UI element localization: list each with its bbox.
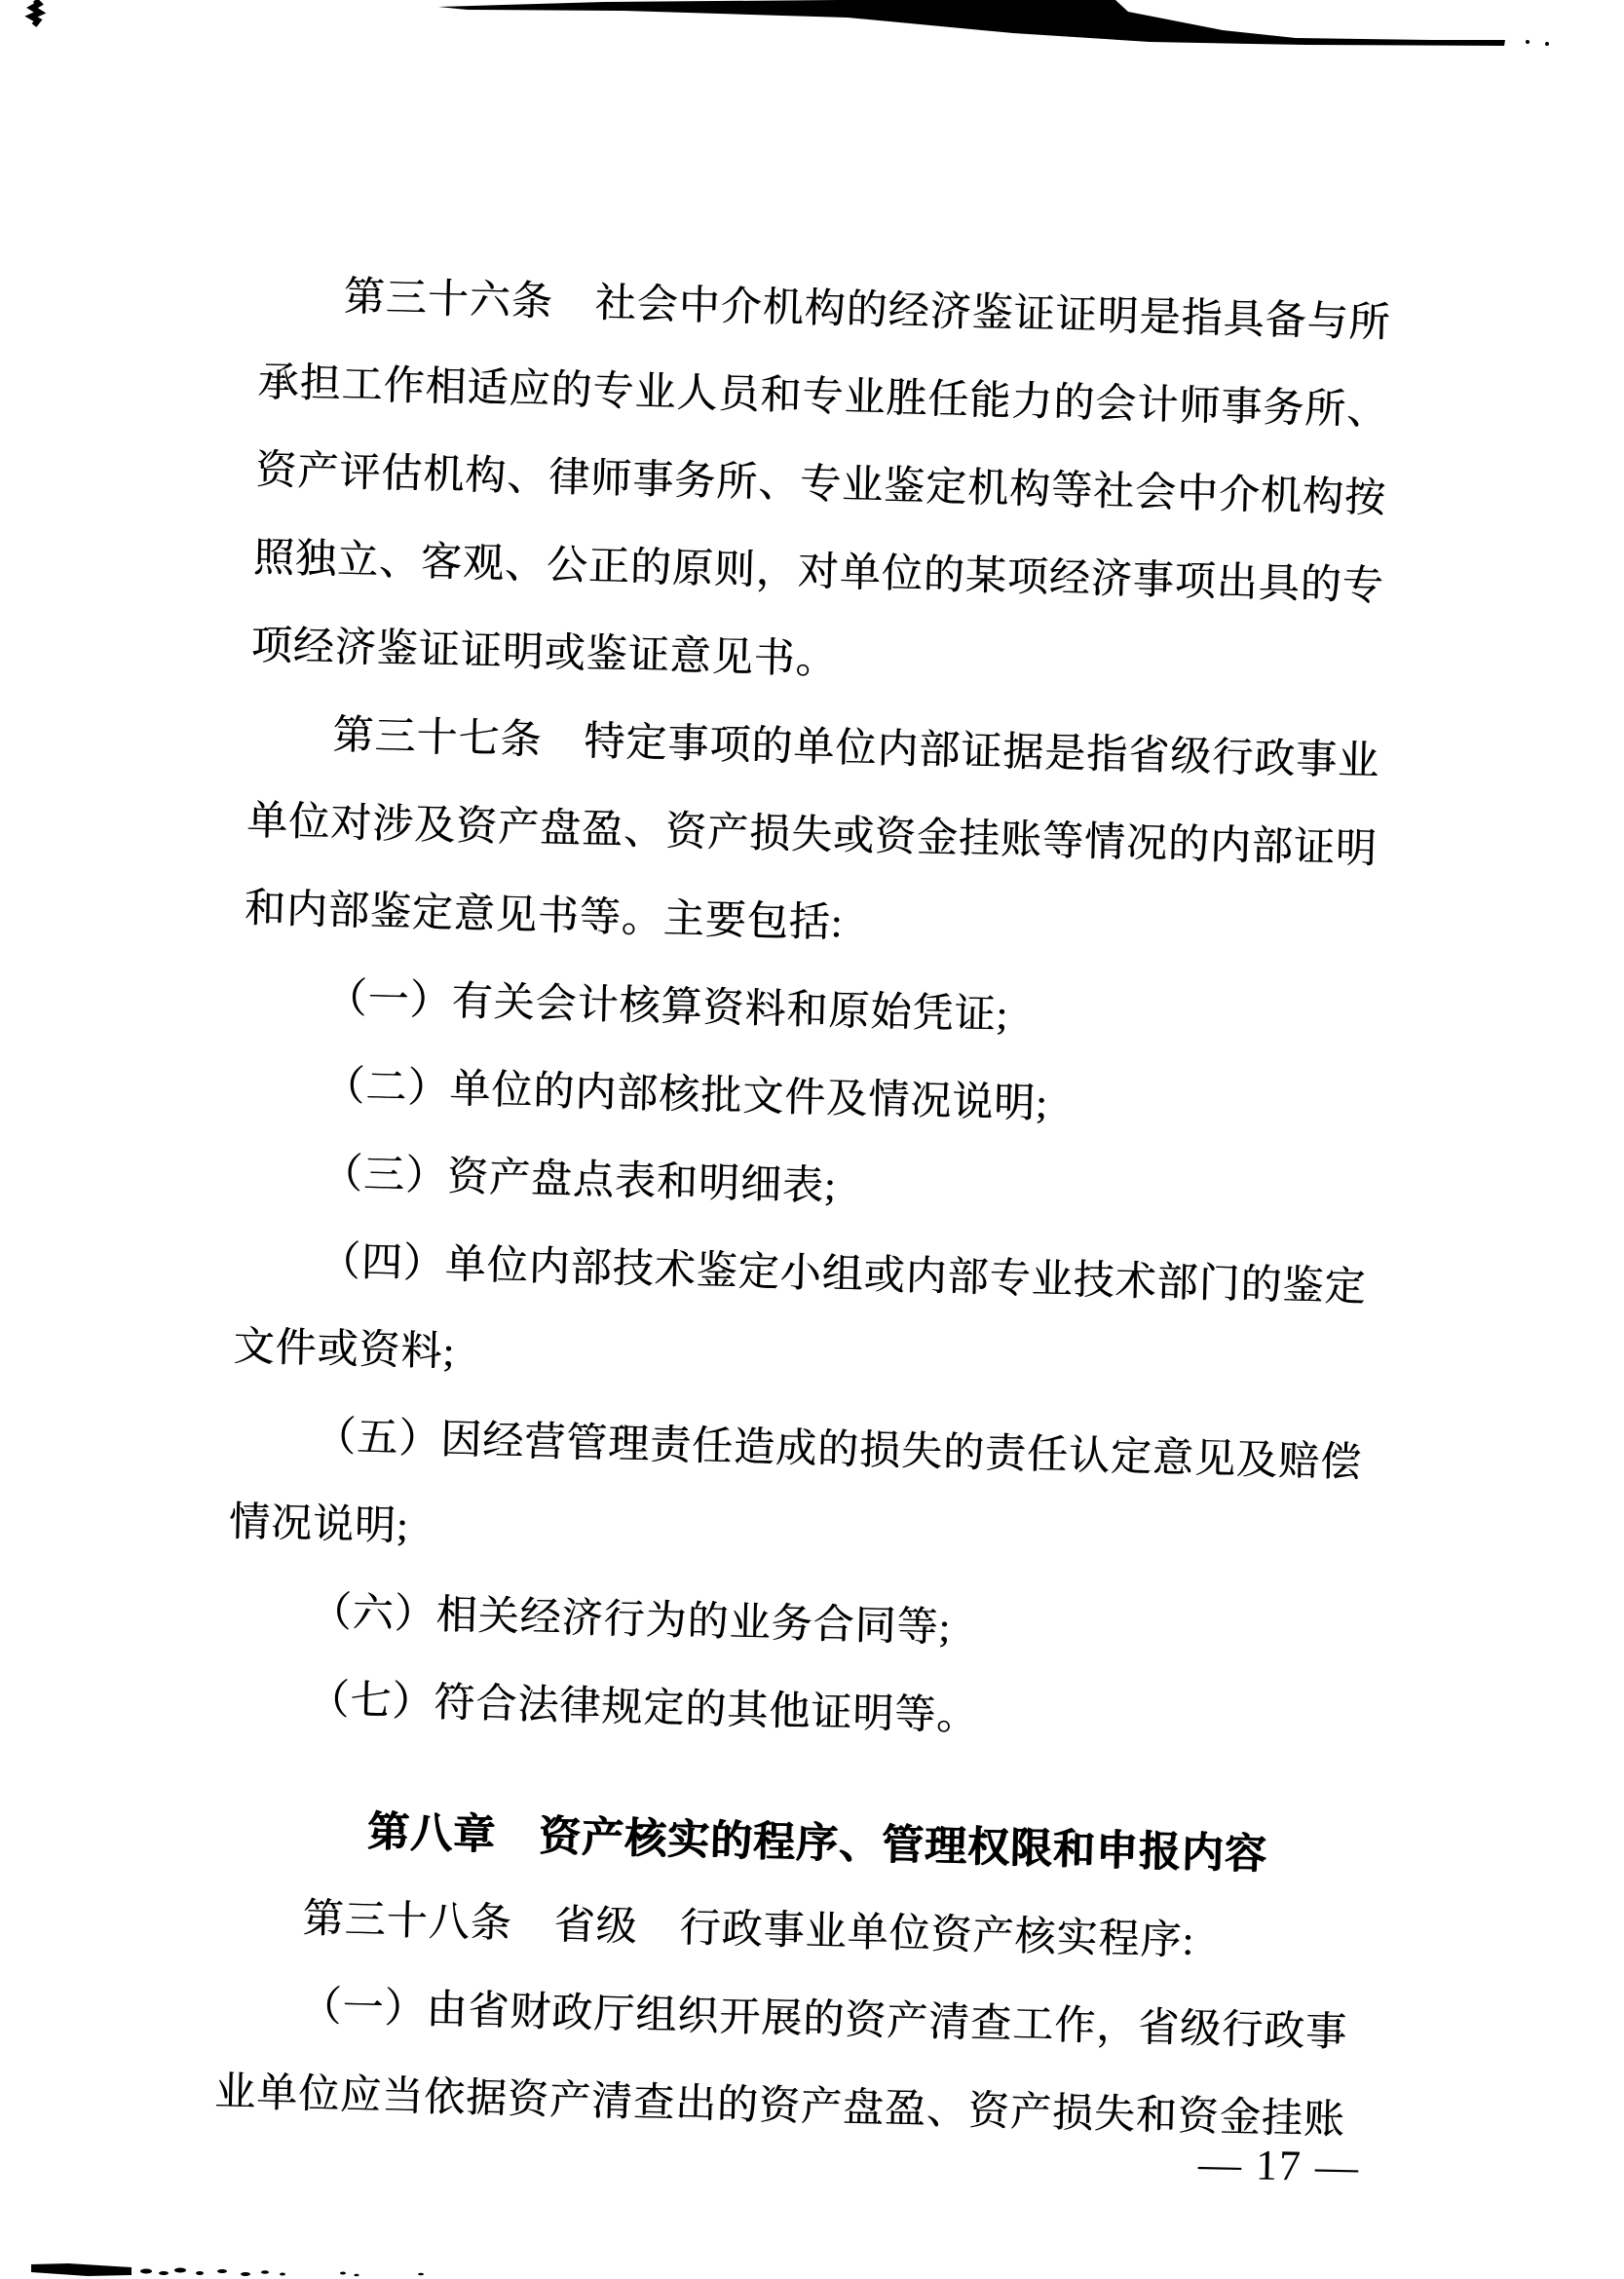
scan-artifact-top-dot bbox=[1545, 42, 1549, 46]
scanned-page: 第三十六条 社会中介机构的经济鉴证证明是指具备与所 承担工作相适应的专业人员和专… bbox=[0, 0, 1624, 2279]
scan-artifact-top-streak bbox=[438, 0, 1505, 46]
page-number: — 17 — bbox=[1197, 2140, 1360, 2191]
scan-artifact-top-dot bbox=[1526, 40, 1530, 44]
scan-artifact-corner-mark bbox=[31, 0, 40, 25]
document-text-block: 第三十六条 社会中介机构的经济鉴证证明是指具备与所 承担工作相适应的专业人员和专… bbox=[213, 251, 1407, 2165]
scan-artifact-bottom-speckles bbox=[140, 2268, 424, 2277]
scan-artifact-bottom-streak bbox=[31, 2263, 132, 2276]
